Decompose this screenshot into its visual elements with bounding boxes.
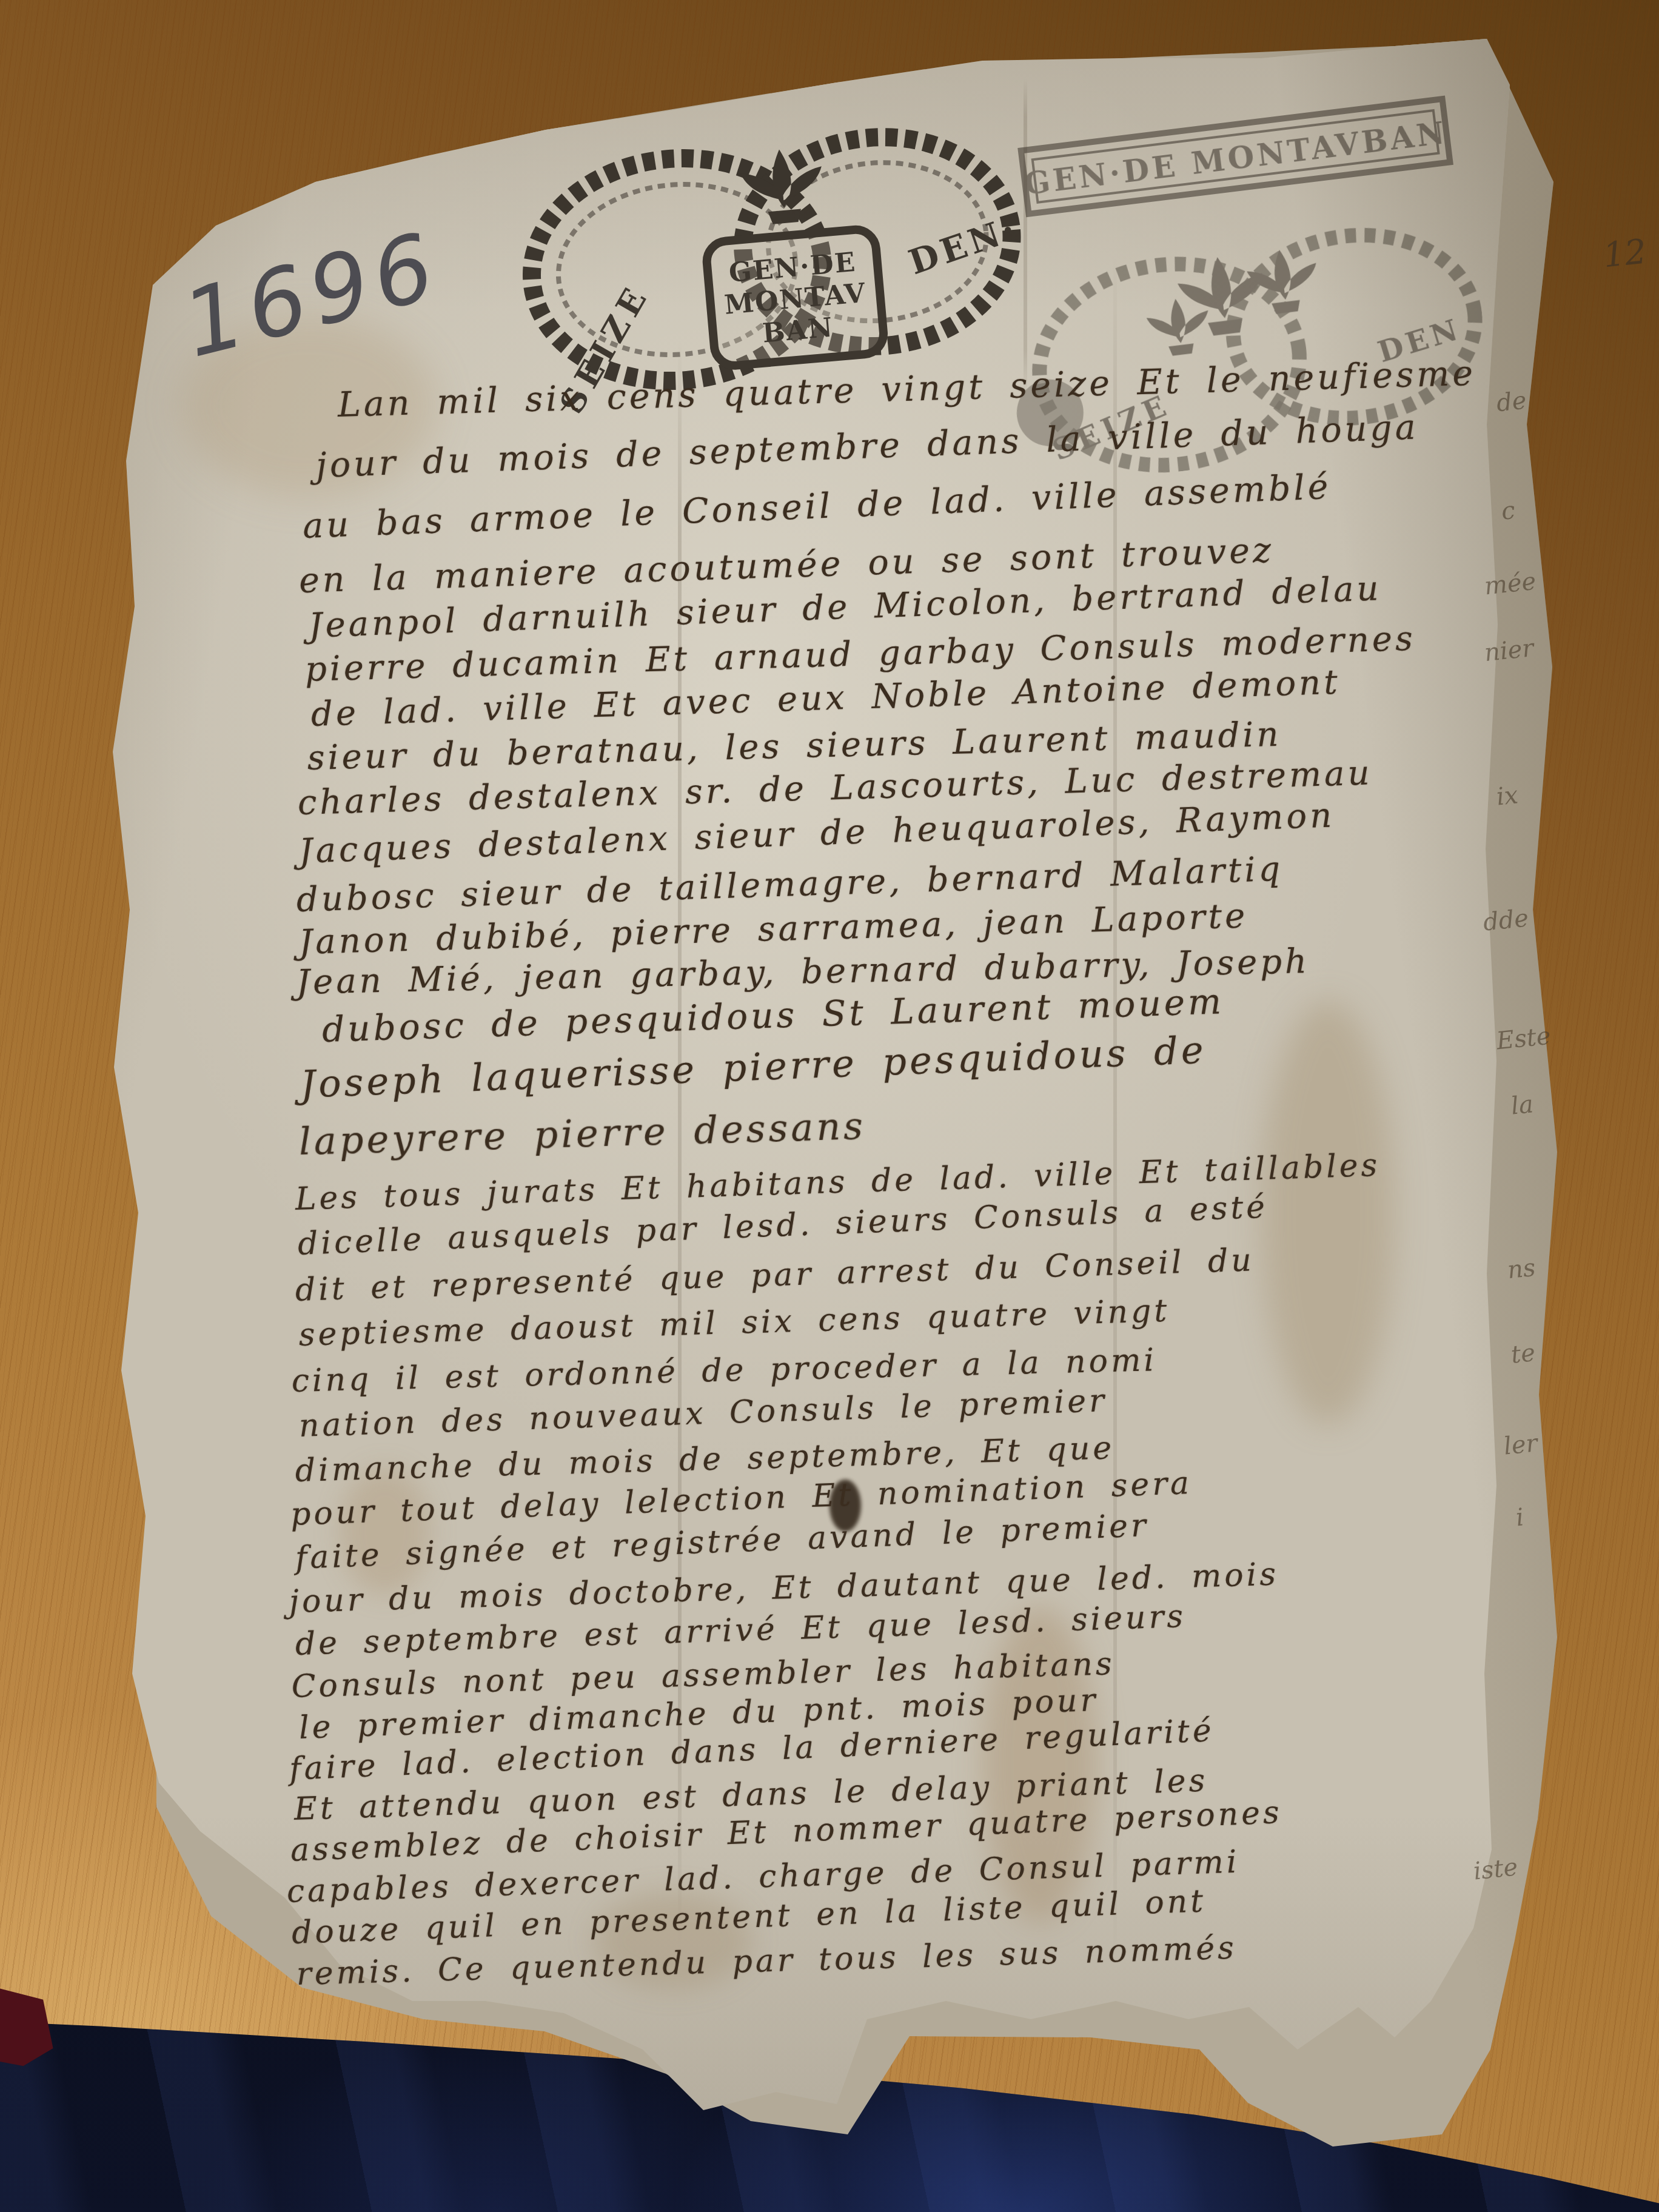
margin-fragment: ix [1495,781,1520,811]
margin-fragment: dde [1482,904,1530,937]
margin-fragment: c [1500,497,1517,526]
margin-fragment: iste [1472,1853,1519,1885]
margin-fragment: ns [1506,1254,1537,1285]
corner-ink-mark: 12 [1601,232,1649,275]
stamp-left-cartouche-line3: BAN [761,312,835,349]
margin-fragment: de [1495,387,1528,418]
margin-fragment: ler [1503,1429,1539,1461]
margin-fragment: Este [1495,1022,1552,1055]
margin-fragment: te [1510,1339,1537,1369]
margin-fragment: mée [1483,568,1538,601]
margin-fragment: la [1510,1090,1535,1121]
fleur-de-lis-icon [1245,246,1322,317]
photo-of-1696-manuscript: GEN·DE MONTAV BAN SEIZE DEN· GEN·DE MONT… [0,0,1659,2212]
margin-fragment: nier [1483,634,1535,667]
